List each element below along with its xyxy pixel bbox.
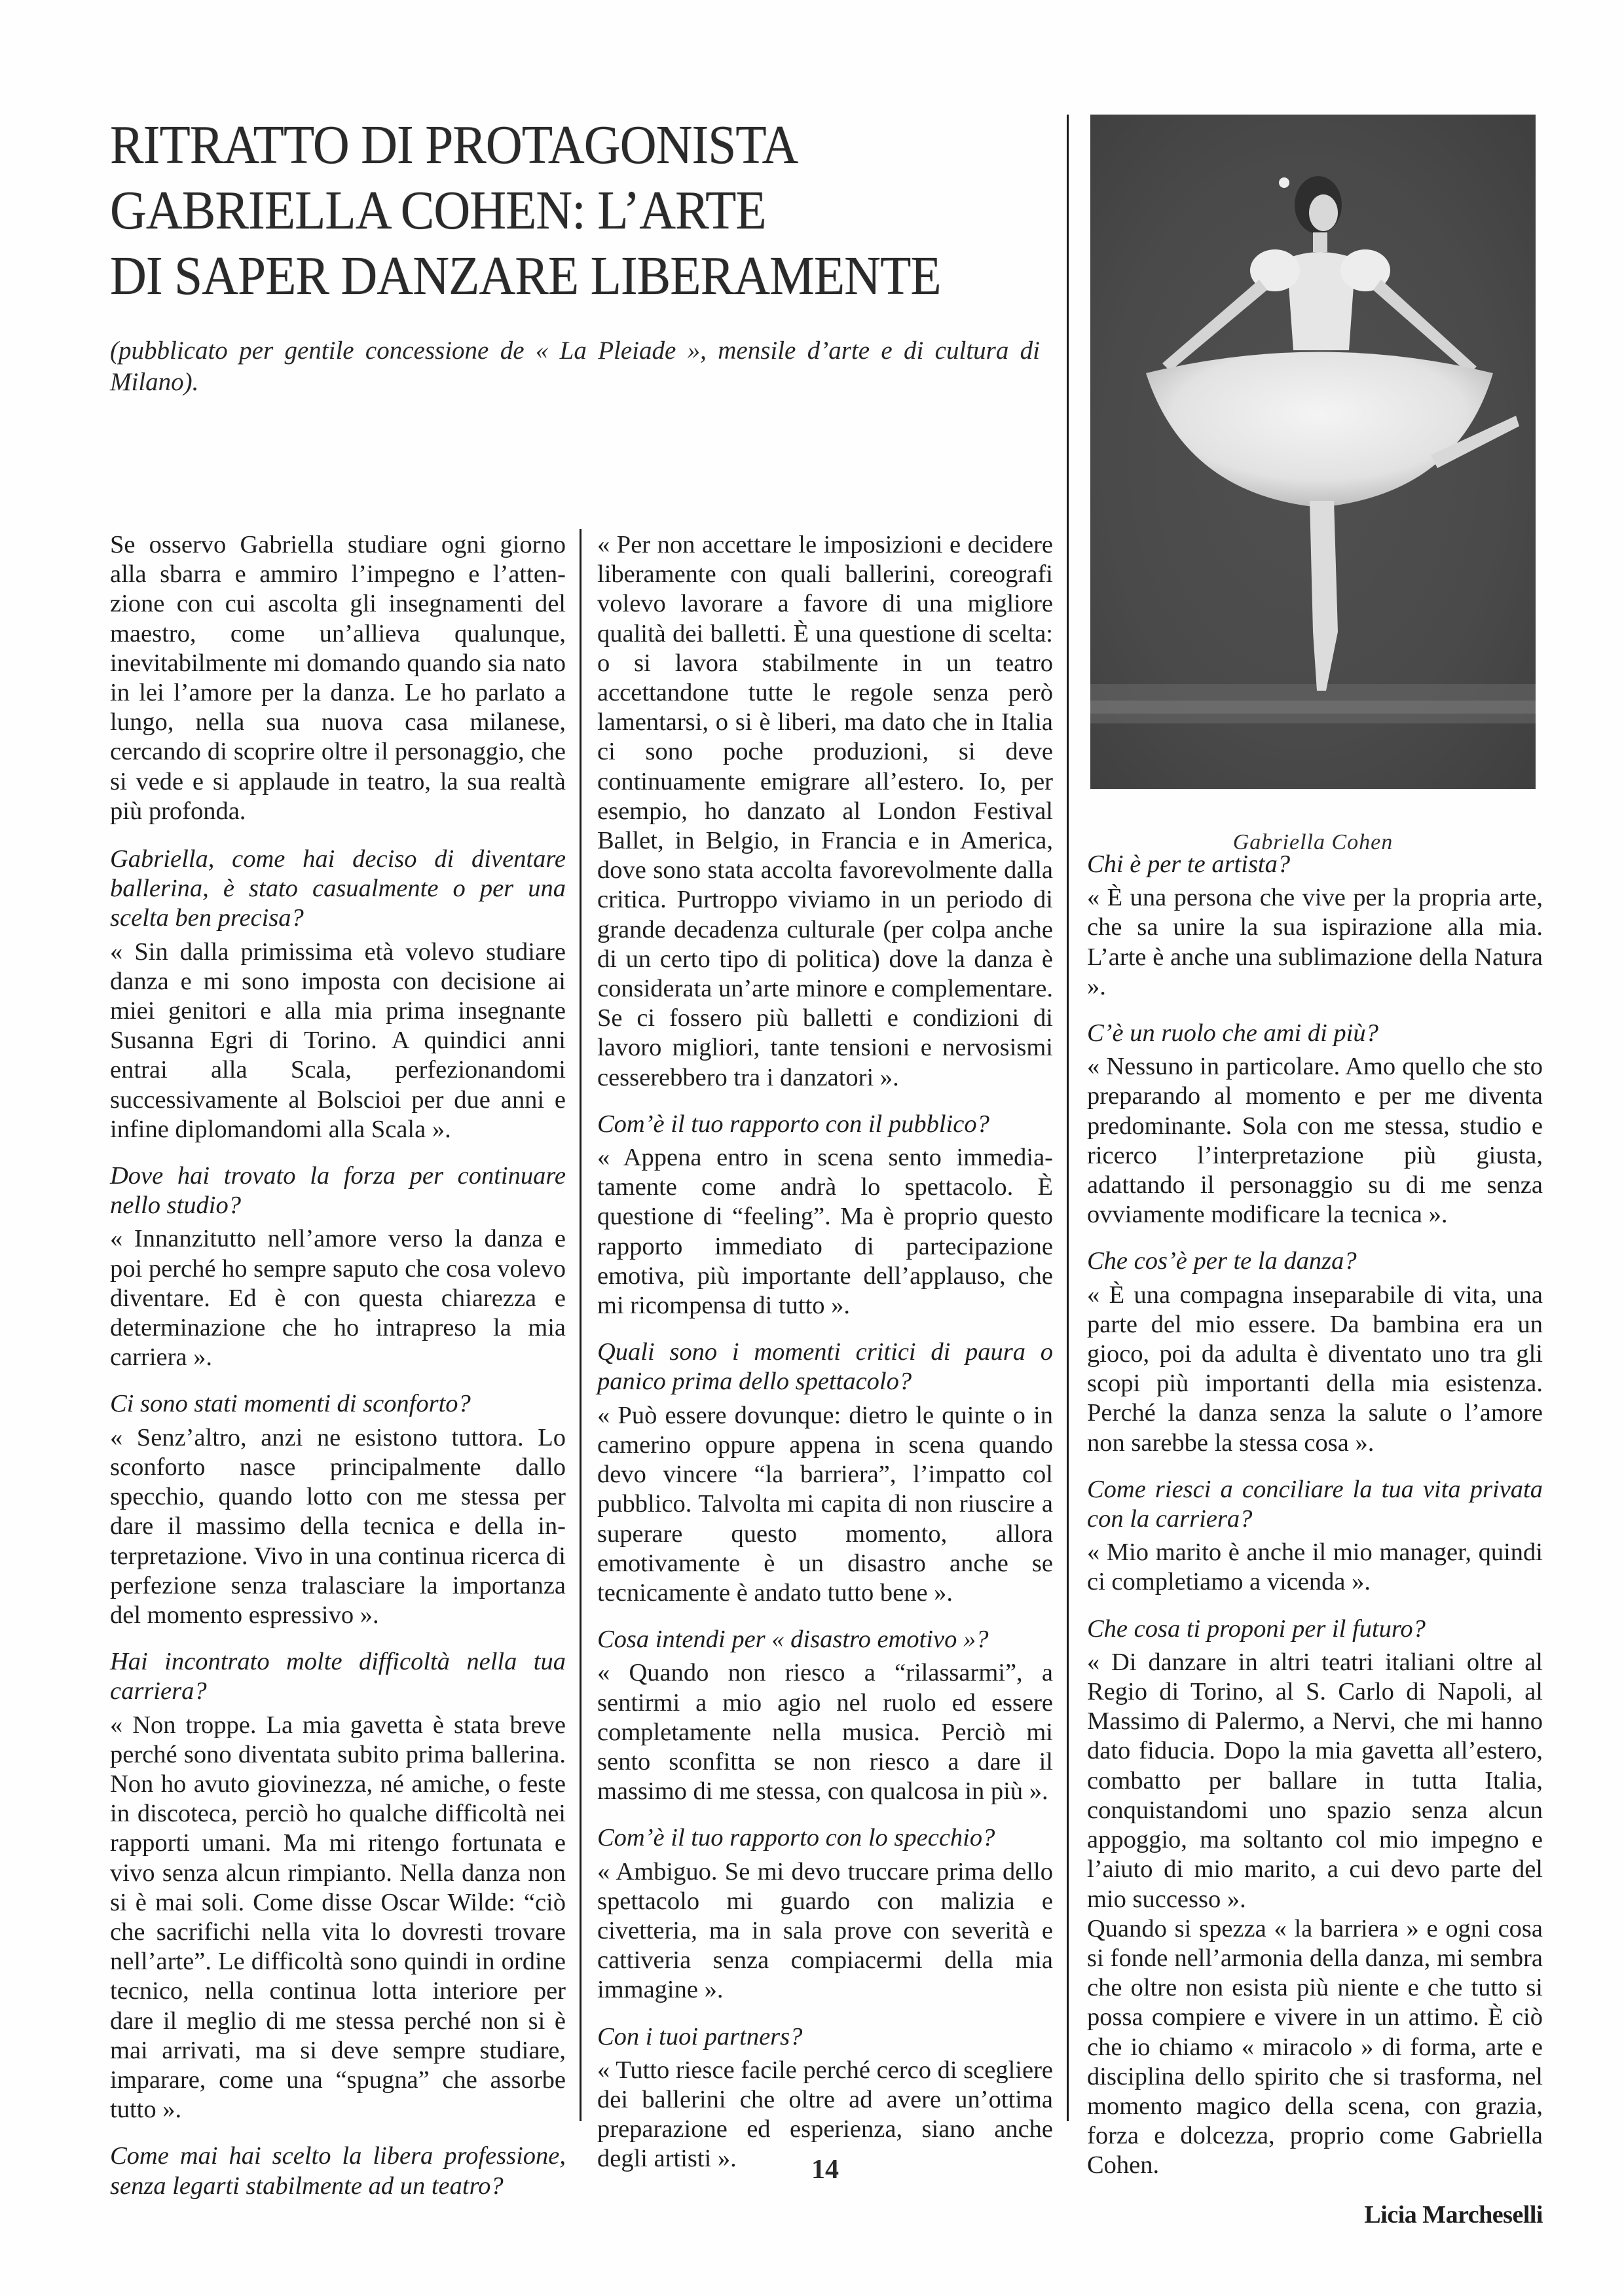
column-1: Se osservo Gabriella studiare ogni giorn… [110, 530, 566, 2205]
answer: « Appena entro in scena sento immedia­ta… [597, 1143, 1053, 1321]
question: Che cosa ti proponi per il futuro? [1087, 1614, 1543, 1644]
column-divider-1 [580, 529, 581, 2121]
question: Hai incontrato molte difficoltà nella tu… [110, 1647, 566, 1706]
answer: « Nessuno in particolare. Amo quello che… [1087, 1052, 1543, 1230]
question: Chi è per te artista? [1087, 850, 1543, 879]
article-title: RITRATTO DI PROTAGONISTA GABRIELLA COHEN… [110, 113, 978, 309]
question: Gabriella, come hai deciso di diventare … [110, 845, 566, 934]
question: Come riesci a conciliare la tua vita pri… [1087, 1475, 1543, 1534]
question: Ci sono stati momenti di sconforto? [110, 1389, 566, 1419]
answer: « Per non accettare le imposizioni e de­… [597, 530, 1053, 1093]
magazine-page: RITRATTO DI PROTAGONISTA GABRIELLA COHEN… [0, 0, 1624, 2296]
answer: « Mio marito è anche il mio manager, qui… [1087, 1538, 1543, 1597]
answer: « Sin dalla primissima età volevo stu­di… [110, 938, 566, 1144]
answer: « Senz’altro, anzi ne esistono tuttora. … [110, 1423, 566, 1630]
question: Com’è il tuo rapporto con lo specchio? [597, 1823, 1053, 1853]
answer: « Ambiguo. Se mi devo truccare prima del… [597, 1857, 1053, 2005]
question: Con i tuoi partners? [597, 2022, 1053, 2052]
title-line-3: DI SAPER DANZARE LIBERAMENTE [110, 244, 978, 309]
intro-paragraph: Se osservo Gabriella studiare ogni giorn… [110, 530, 566, 826]
question: Come mai hai scelto la libera professio­… [110, 2141, 566, 2200]
question: Quali sono i momenti critici di paura o … [597, 1338, 1053, 1396]
question: Che cos’è per te la danza? [1087, 1247, 1543, 1276]
answer: « Non troppe. La mia gavetta è stata bre… [110, 1711, 566, 2125]
article-subtitle: (pubblicato per gentile concessione de «… [110, 335, 1040, 398]
answer: « È una compagna inseparabile di vita, u… [1087, 1281, 1543, 1458]
question: Com’è il tuo rapporto con il pubblico? [597, 1110, 1053, 1139]
question: Cosa intendi per « disastro emotivo »? [597, 1625, 1053, 1654]
answer: « Può essere dovunque: dietro le quinte … [597, 1401, 1053, 1608]
title-line-2: GABRIELLA COHEN: L’ARTE [110, 178, 978, 244]
column-2: « Per non accettare le imposizioni e de­… [597, 530, 1053, 2191]
author-signature: Licia Marcheselli [1087, 2200, 1543, 2230]
ballerina-photo-icon [1090, 115, 1536, 789]
title-line-1: RITRATTO DI PROTAGONISTA [110, 113, 978, 178]
answer: « È una persona che vive per la propria … [1087, 883, 1543, 1002]
closing-paragraph: Quando si spezza « la barriera » e ogni … [1087, 1914, 1543, 2181]
answer: « Di danzare in altri teatri italiani ol… [1087, 1648, 1543, 1914]
ballerina-photo [1090, 115, 1536, 789]
page-number: 14 [799, 2154, 851, 2185]
question: Dove hai trovato la forza per continuare… [110, 1161, 566, 1220]
answer: « Quando non riesco a “rilassarmi”, a se… [597, 1658, 1053, 1806]
question: C’è un ruolo che ami di più? [1087, 1019, 1543, 1048]
column-divider-2 [1067, 115, 1069, 2121]
answer: « Innanzitutto nell’amore verso la danza… [110, 1224, 566, 1372]
column-3: Chi è per te artista? « È una persona ch… [1087, 850, 1543, 2230]
